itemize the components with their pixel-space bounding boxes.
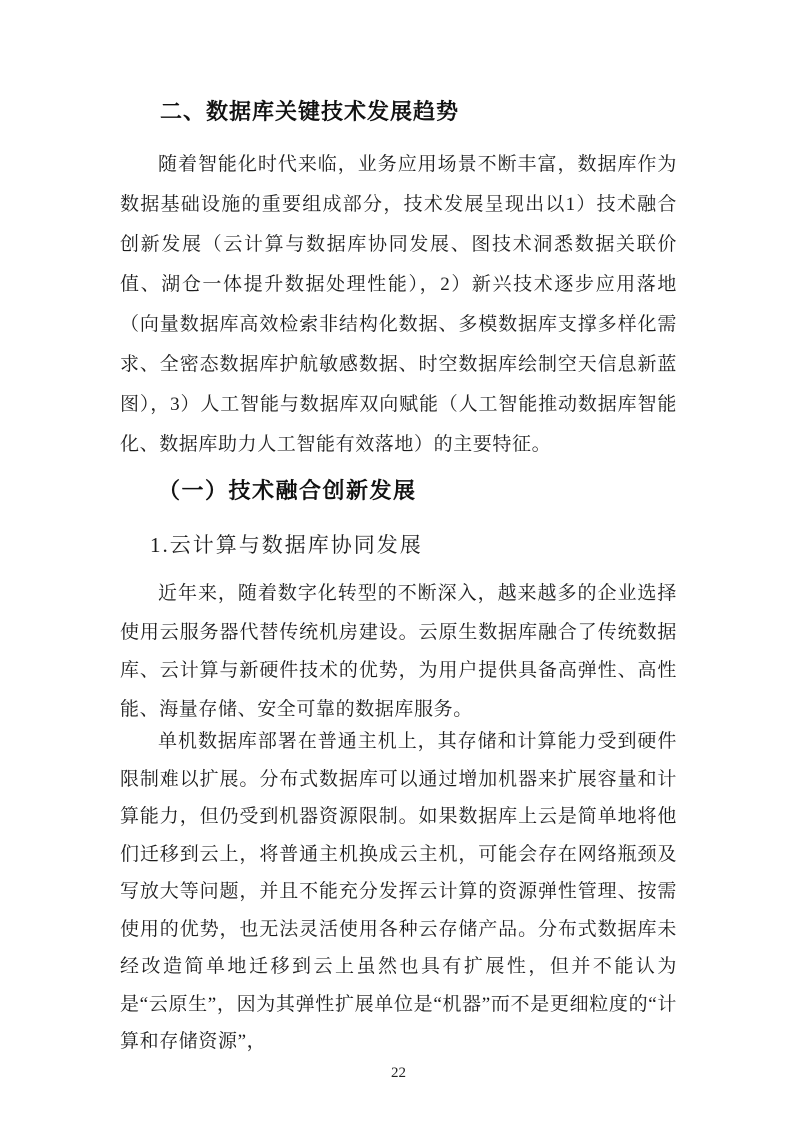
topic-heading: 1.云计算与数据库协同发展 bbox=[120, 528, 677, 562]
intro-paragraph: 随着智能化时代来临，业务应用场景不断丰富，数据库作为数据基础设施的重要组成部分，… bbox=[120, 145, 677, 465]
subsection-heading: （一）技术融合创新发展 bbox=[120, 474, 677, 508]
section-heading: 二、数据库关键技术发展趋势 bbox=[120, 96, 677, 128]
document-page: 二、数据库关键技术发展趋势 随着智能化时代来临，业务应用场景不断丰富，数据库作为… bbox=[0, 0, 793, 1122]
page-number: 22 bbox=[391, 1063, 406, 1083]
page-footer: 22 bbox=[120, 1063, 677, 1083]
cloud-database-paragraph: 近年来，随着数字化转型的不断深入，越来越多的企业选择使用云服务器代替传统机房建设… bbox=[120, 575, 677, 729]
standalone-database-paragraph: 单机数据库部署在普通主机上，其存储和计算能力受到硬件限制难以扩展。分布式数据库可… bbox=[120, 723, 677, 1061]
